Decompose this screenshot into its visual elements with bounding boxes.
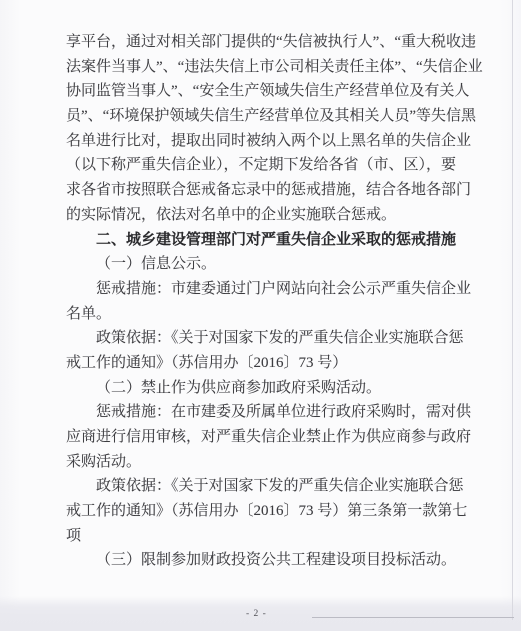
document-line: （以下称严重失信企业），不定期下发给各省（市、区），要 <box>66 153 461 178</box>
document-line: 协同监管当事人”、“安全生产领域失信生产经营单位及有关人 <box>66 79 461 104</box>
section-heading: 二、城乡建设管理部门对严重失信企业采取的惩戒措施 <box>66 228 461 253</box>
document-line: 惩戒措施：市建委通过门户网站向社会公示严重失信企业 <box>66 277 461 302</box>
scan-edge-line <box>512 0 513 620</box>
document-line: 享平台，通过对相关部门提供的“失信被执行人”、“重大税收违 <box>66 30 461 55</box>
document-line: 戒工作的通知》（苏信用办〔2016〕73 号）第三条第一款第七 <box>66 499 461 524</box>
scanned-document-page: 享平台，通过对相关部门提供的“失信被执行人”、“重大税收违法案件当事人”、“违法… <box>0 0 521 631</box>
document-body: 享平台，通过对相关部门提供的“失信被执行人”、“重大税收违法案件当事人”、“违法… <box>66 30 461 573</box>
document-line: 法案件当事人”、“违法失信上市公司相关责任主体”、“失信企业 <box>66 55 461 80</box>
document-line: 戒工作的通知》（苏信用办〔2016〕73 号） <box>66 351 461 376</box>
page-number: - 2 - <box>246 609 267 619</box>
document-line: 的实际情况，依法对名单中的企业实施联合惩戒。 <box>66 203 461 228</box>
footer-rule <box>312 617 514 618</box>
document-line: 政策依据：《关于对国家下发的严重失信企业实施联合惩 <box>66 326 461 351</box>
document-line: 政策依据：《关于对国家下发的严重失信企业实施联合惩 <box>66 474 461 499</box>
document-line: 求各省市按照联合惩戒备忘录中的惩戒措施，结合各地各部门 <box>66 178 461 203</box>
document-line: 采购活动。 <box>66 450 461 475</box>
document-line: （三）限制参加财政投资公共工程建设项目投标活动。 <box>66 548 461 573</box>
document-line: （二）禁止作为供应商参加政府采购活动。 <box>66 376 461 401</box>
document-line: 惩戒措施：在市建委及所属单位进行政府采购时，需对供 <box>66 400 461 425</box>
document-line: （一）信息公示。 <box>66 252 461 277</box>
document-line: 应商进行信用审核，对严重失信企业禁止作为供应商参与政府 <box>66 425 461 450</box>
document-line: 员”、“环境保护领域失信生产经营单位及其相关人员”等失信黑 <box>66 104 461 129</box>
document-line: 项 <box>66 524 461 549</box>
document-line: 名单。 <box>66 302 461 327</box>
document-line: 名单进行比对，提取出同时被纳入两个以上黑名单的失信企业 <box>66 129 461 154</box>
